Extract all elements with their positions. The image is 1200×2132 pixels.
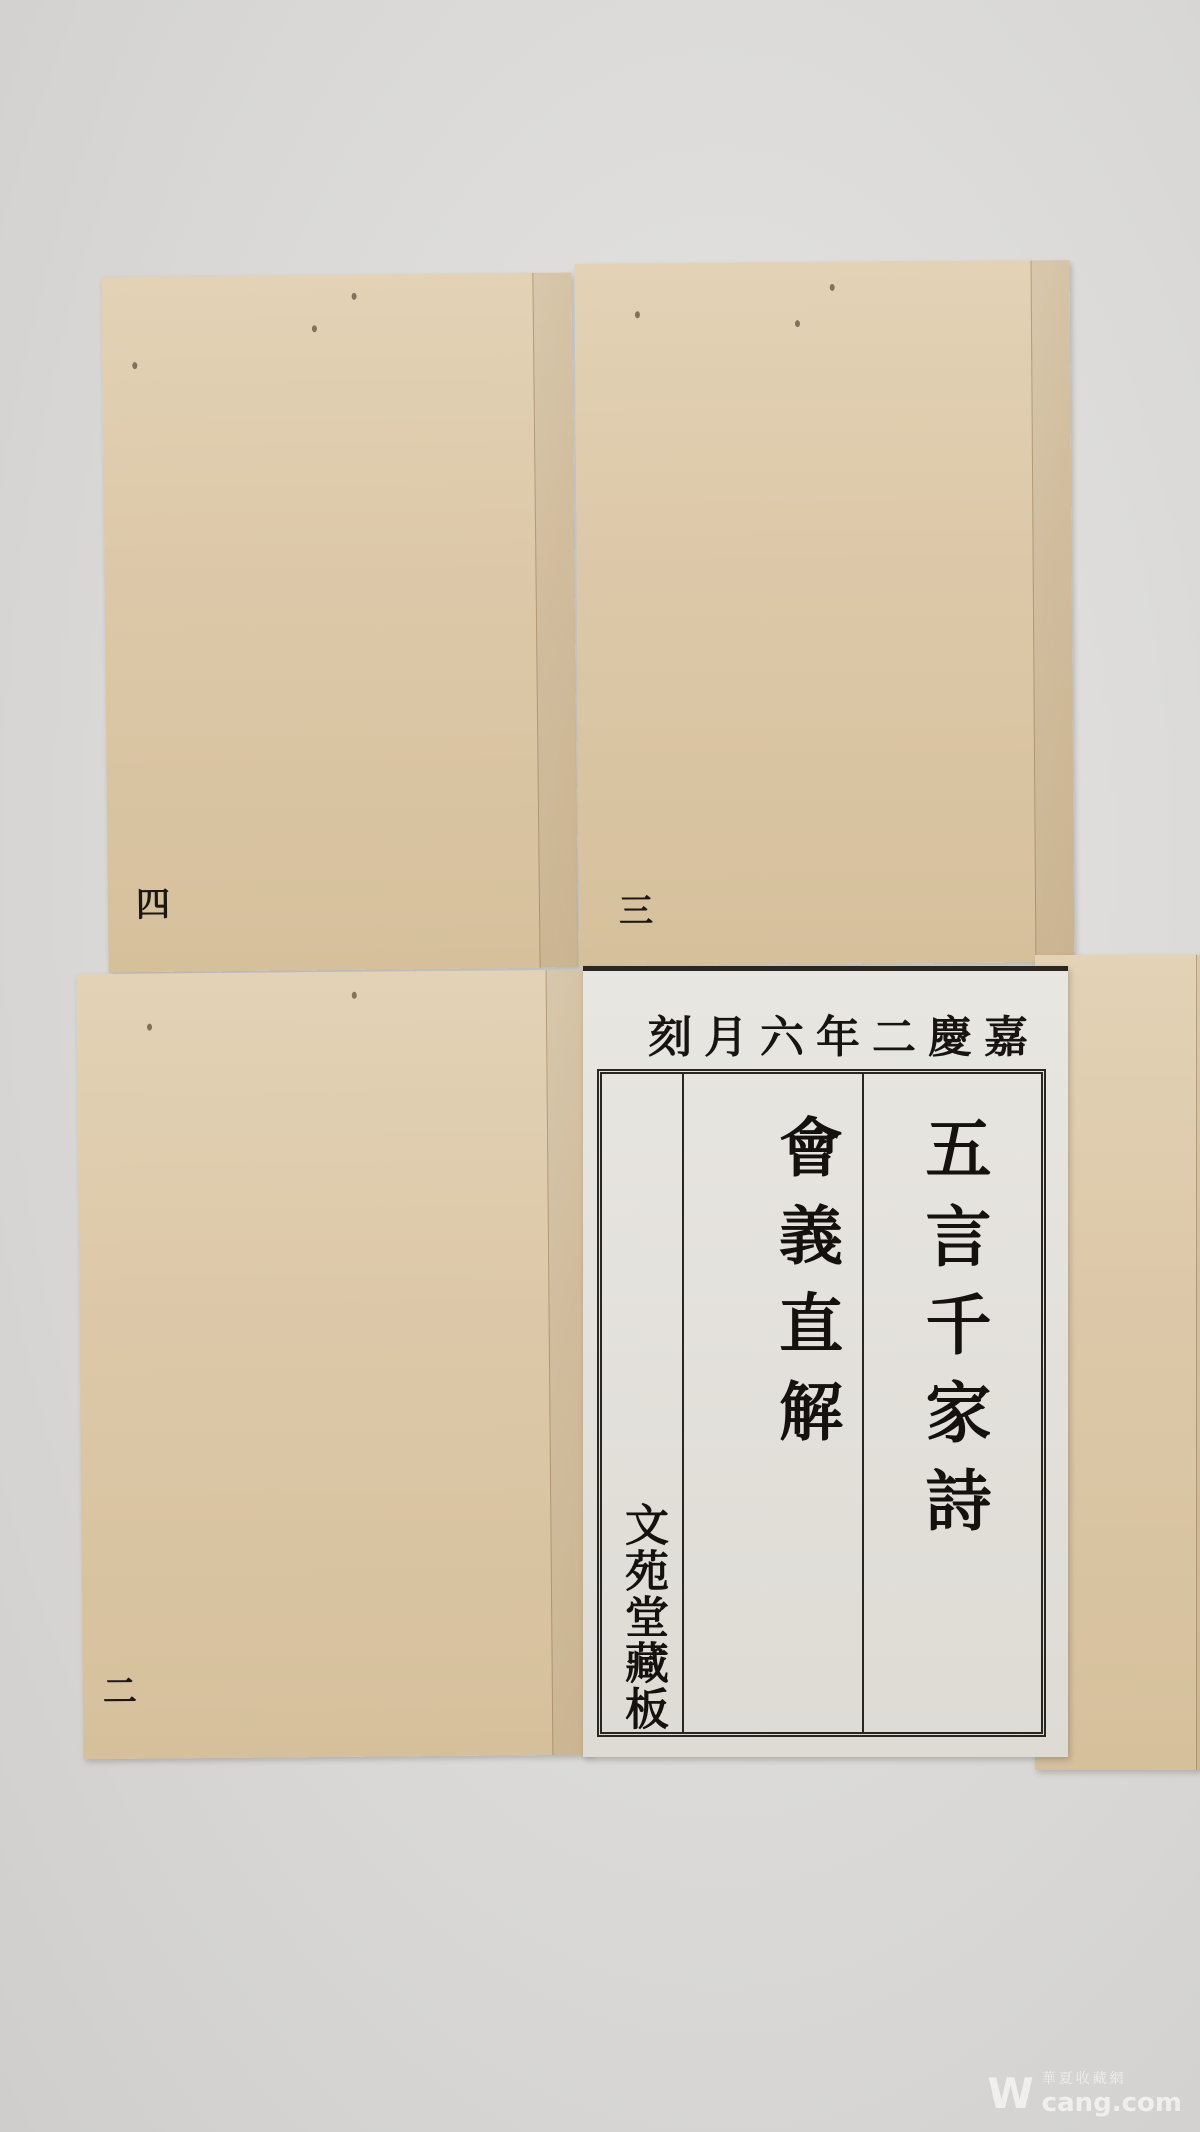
cover-date-header: 嘉 慶 二 年 六 月 刻 bbox=[593, 1001, 1038, 1065]
wormhole-spot bbox=[352, 992, 357, 999]
cover-frame: 五言千家詩 會義直解 文苑堂藏板 bbox=[597, 1069, 1046, 1737]
wormhole-spot bbox=[147, 1024, 152, 1031]
wormhole-spot bbox=[635, 311, 640, 318]
wormhole-spot bbox=[312, 325, 317, 332]
watermark: W 華夏收藏網 cang.com bbox=[987, 2068, 1182, 2118]
book-title: 五言千家詩 bbox=[906, 1114, 1001, 1554]
book-volume-4: 四 bbox=[101, 273, 578, 973]
book-volume-3: 三 bbox=[575, 260, 1075, 965]
header-char: 六 bbox=[760, 1001, 804, 1065]
title-cover: 嘉 慶 二 年 六 月 刻 五言千家詩 會義直解 文苑堂藏板 bbox=[583, 966, 1068, 1757]
publisher-imprint: 文苑堂藏板 bbox=[610, 1502, 674, 1732]
wormhole-spot bbox=[795, 320, 800, 327]
header-char: 慶 bbox=[928, 1001, 972, 1065]
wormhole-spot bbox=[352, 293, 357, 300]
header-char: 月 bbox=[704, 1001, 748, 1065]
cang-logo-icon: W bbox=[987, 2069, 1033, 2118]
wormhole-spot bbox=[830, 284, 835, 291]
watermark-english: cang.com bbox=[1042, 2088, 1182, 2118]
volume-mark: 四 bbox=[136, 877, 171, 926]
column-divider bbox=[682, 1074, 684, 1732]
header-char: 嘉 bbox=[984, 1001, 1028, 1065]
wormhole-spot bbox=[132, 362, 137, 369]
volume-mark: 三 bbox=[619, 883, 653, 932]
column-divider bbox=[862, 1074, 864, 1732]
header-char: 二 bbox=[872, 1001, 916, 1065]
volume-mark: 二 bbox=[103, 1664, 137, 1713]
book-volume-2: 二 bbox=[77, 970, 592, 1759]
book-subtitle: 會義直解 bbox=[759, 1114, 851, 1466]
header-char: 刻 bbox=[648, 1001, 692, 1065]
watermark-chinese: 華夏收藏網 bbox=[1042, 2068, 1182, 2088]
header-char: 年 bbox=[816, 1001, 860, 1065]
